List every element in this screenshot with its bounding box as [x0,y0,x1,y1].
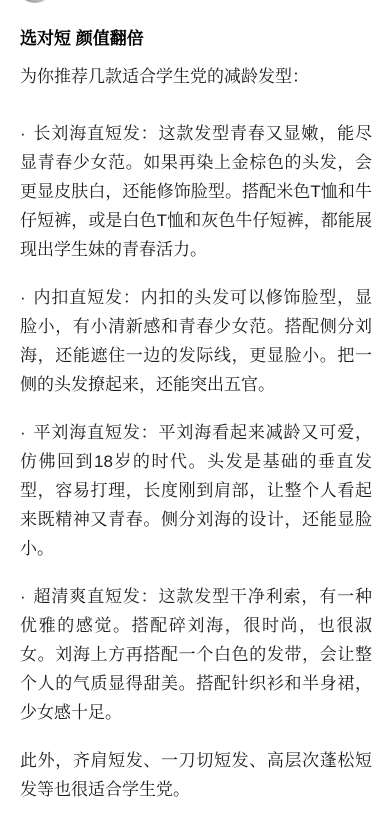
bullet-icon: · [20,423,33,442]
article-title: 选对短 颜值翻倍 [20,26,372,52]
list-item-text: 长刘海直短发：这款发型青春又显嫩，能尽显青春少女范。如果再染上金棕色的头发，会更… [20,124,372,259]
closing-text: 此外，齐肩短发、一刀切短发、高层次蓬松短发等也很适合学生党。 [20,746,372,804]
list-item: ·超清爽直短发：这款发型干净利索，有一种优雅的感觉。搭配碎刘海，很时尚，也很淑女… [20,582,372,727]
article-body: 选对短 颜值翻倍 为你推荐几款适合学生党的减龄发型： ·长刘海直短发：这款发型青… [0,0,392,804]
bullet-list: ·长刘海直短发：这款发型青春又显嫩，能尽显青春少女范。如果再染上金棕色的头发，会… [20,119,372,727]
list-item-text: 内扣直短发：内扣的头发可以修饰脸型，显脸小，有小清新感和青春少女范。搭配侧分刘海… [20,288,372,394]
bullet-icon: · [20,124,33,143]
intro-text: 为你推荐几款适合学生党的减龄发型： [20,62,372,91]
bullet-icon: · [20,587,33,606]
list-item: ·平刘海直短发：平刘海看起来减龄又可爱，仿佛回到18岁的时代。头发是基础的垂直发… [20,418,372,563]
bullet-icon: · [20,288,33,307]
list-item-text: 平刘海直短发：平刘海看起来减龄又可爱，仿佛回到18岁的时代。头发是基础的垂直发型… [20,423,372,558]
list-item: ·内扣直短发：内扣的头发可以修饰脸型，显脸小，有小清新感和青春少女范。搭配侧分刘… [20,283,372,399]
list-item-text: 超清爽直短发：这款发型干净利索，有一种优雅的感觉。搭配碎刘海，很时尚，也很淑女。… [20,587,372,722]
page: { "page": { "background_color": "#ffffff… [0,0,392,821]
list-item: ·长刘海直短发：这款发型青春又显嫩，能尽显青春少女范。如果再染上金棕色的头发，会… [20,119,372,264]
